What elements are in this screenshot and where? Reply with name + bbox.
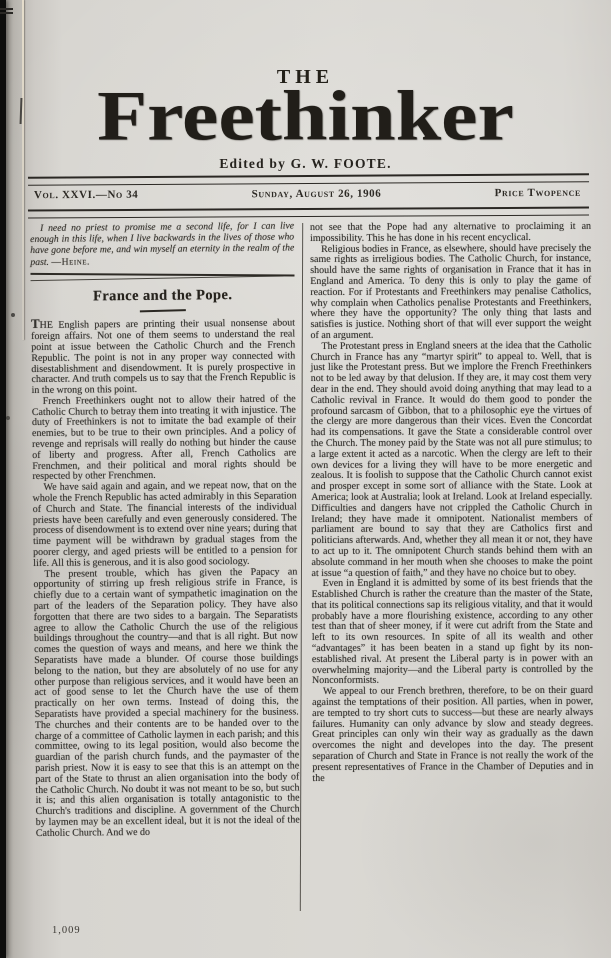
- section-divider: [30, 270, 294, 283]
- article-paragraph: Even in England it is admitted by some o…: [312, 578, 593, 687]
- page-folio: 1,009: [52, 925, 81, 936]
- scan-mark: [0, 8, 13, 10]
- left-column: I need no priest to promise me a second …: [30, 220, 301, 911]
- article-paragraph: The Protestant press in England sneers a…: [311, 341, 593, 580]
- article-paragraph: The present trouble, which has given the…: [33, 567, 300, 839]
- masthead-title: Freethinker: [0, 81, 611, 152]
- masthead-rule: [28, 173, 589, 185]
- newspaper-page: THE Freethinker Edited by G. W. FOOTE. V…: [0, 0, 611, 958]
- heading-rule: [140, 309, 186, 312]
- masthead-byline: Edited by G. W. FOOTE.: [0, 156, 611, 172]
- scan-mark: [11, 313, 15, 317]
- column-rule: [300, 223, 303, 911]
- article-paragraph: We have said again and again, and we rep…: [32, 481, 297, 570]
- article-paragraph: Religious bodies in France, as elsewhere…: [310, 243, 591, 341]
- article-paragraph: not see that the Pope had any alternativ…: [310, 222, 591, 245]
- article-paragraph: French Freethinkers ought not to allow t…: [32, 394, 297, 483]
- article-paragraph: We appeal to our French brethren, theref…: [312, 686, 593, 784]
- issue-price: Price Twopence: [495, 187, 581, 199]
- issue-line-rule: [28, 207, 589, 219]
- scan-mark: [6, 416, 10, 420]
- volume-number: Vol. XXVI.—No 34: [34, 189, 138, 201]
- epigraph-attribution: —Heine.: [51, 256, 90, 267]
- epigraph: I need no priest to promise me a second …: [30, 220, 294, 267]
- issue-date: Sunday, August 26, 1906: [252, 188, 382, 201]
- issue-line: Vol. XXVI.—No 34 Sunday, August 26, 1906…: [34, 187, 581, 201]
- right-column: not see that the Pope had any alternativ…: [310, 222, 594, 911]
- article-body: I need no priest to promise me a second …: [30, 223, 591, 911]
- article-heading: France and the Pope.: [31, 286, 295, 306]
- article-paragraph: THE English papers are printing their us…: [31, 317, 296, 397]
